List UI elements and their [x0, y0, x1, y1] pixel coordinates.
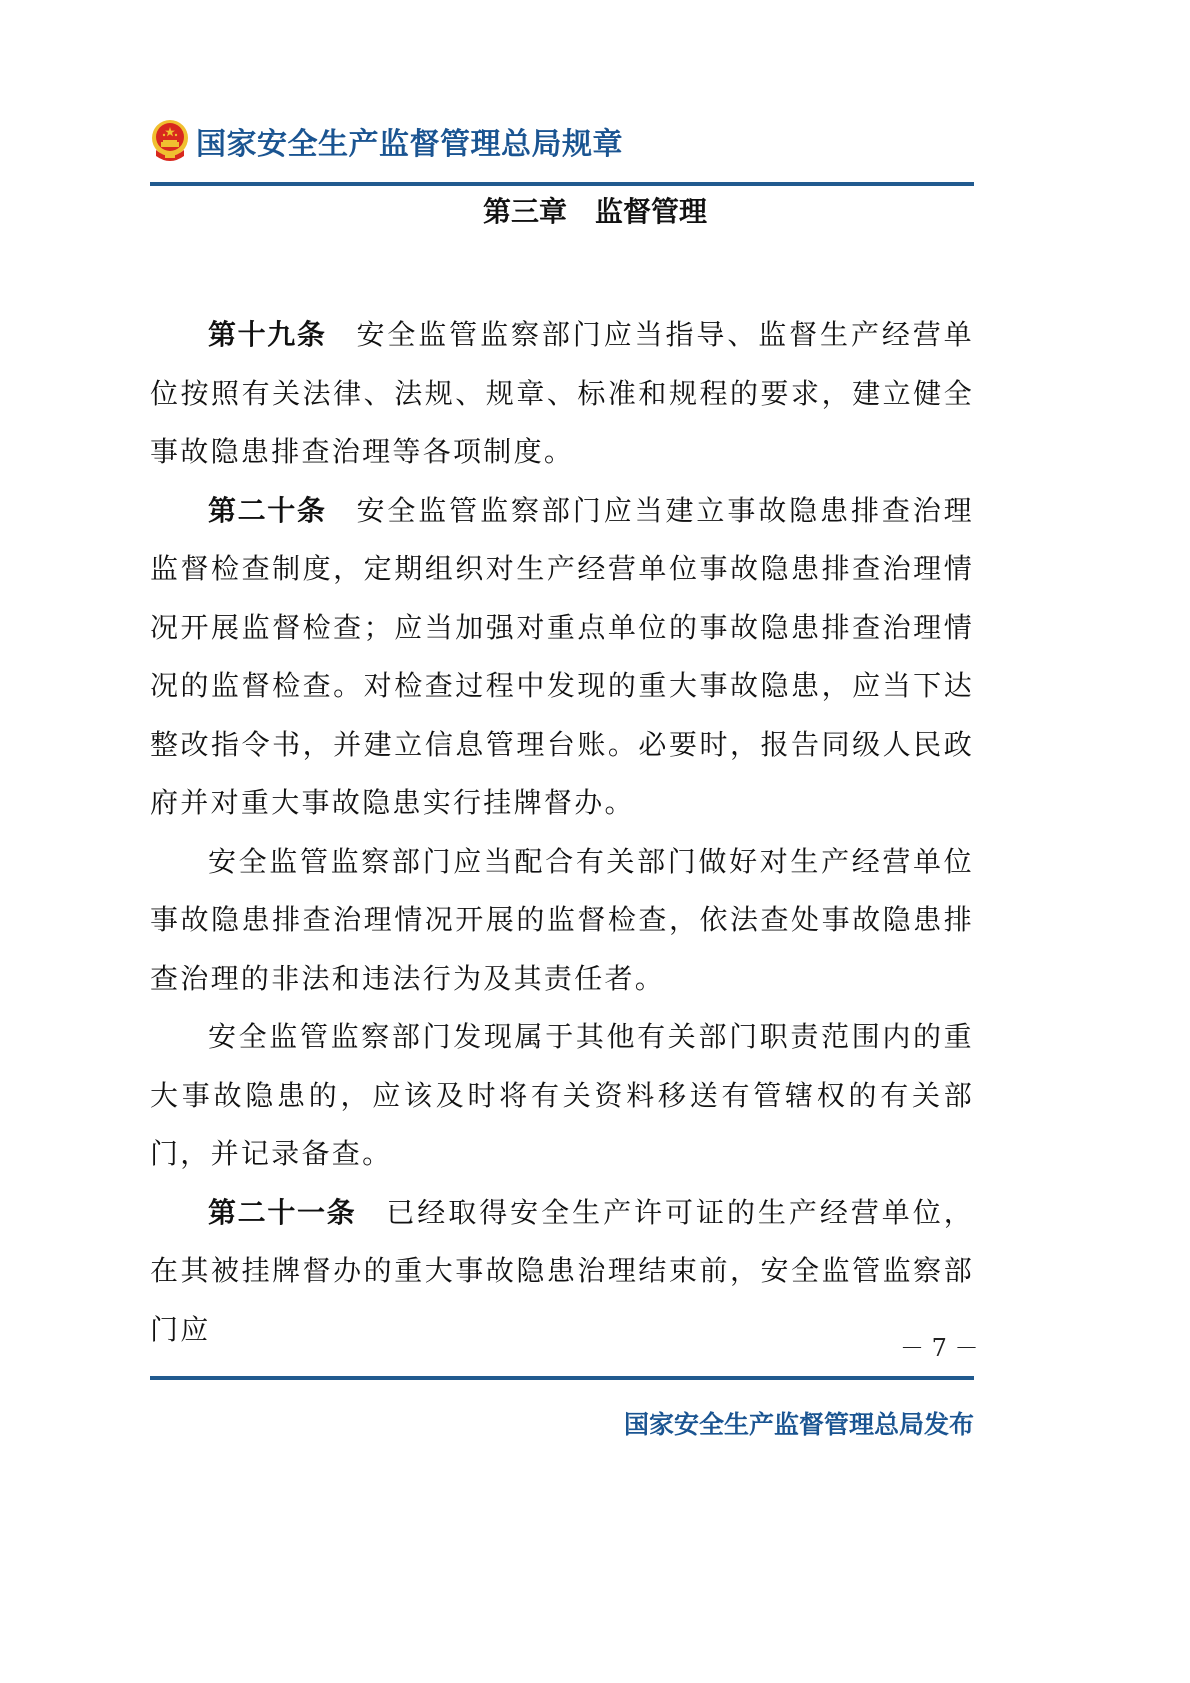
page-header: 国家安全生产监督管理总局规章 — [150, 118, 623, 164]
article-20-paragraph-3: 安全监管监察部门发现属于其他有关部门职责范围内的重大事故隐患的，应该及时将有关资… — [150, 1008, 974, 1184]
article-text: 安全监管监察部门发现属于其他有关部门职责范围内的重大事故隐患的，应该及时将有关资… — [150, 1020, 974, 1170]
footer-divider — [150, 1376, 974, 1380]
footer-publisher: 国家安全生产监督管理总局发布 — [624, 1405, 974, 1441]
article-20-paragraph-2: 安全监管监察部门应当配合有关部门做好对生产经营单位事故隐患排查治理情况开展的监督… — [150, 833, 974, 1009]
article-number: 第二十一条 — [208, 1196, 356, 1229]
document-body: 第十九条安全监管监察部门应当指导、监督生产经营单位按照有关法律、法规、规章、标准… — [150, 306, 974, 1359]
article-21-paragraph: 第二十一条已经取得安全生产许可证的生产经营单位，在其被挂牌督办的重大事故隐患治理… — [150, 1184, 974, 1360]
chapter-title: 第三章 监督管理 — [0, 190, 1190, 230]
header-divider — [150, 182, 974, 186]
header-title: 国家安全生产监督管理总局规章 — [196, 119, 623, 163]
article-20-paragraph: 第二十条安全监管监察部门应当建立事故隐患排查治理监督检查制度，定期组织对生产经营… — [150, 482, 974, 833]
article-number: 第十九条 — [208, 318, 326, 351]
article-19-paragraph: 第十九条安全监管监察部门应当指导、监督生产经营单位按照有关法律、法规、规章、标准… — [150, 306, 974, 482]
page-number: － 7 － — [900, 1328, 974, 1363]
article-text: 安全监管监察部门应当建立事故隐患排查治理监督检查制度，定期组织对生产经营单位事故… — [150, 494, 974, 820]
national-emblem-icon — [150, 118, 190, 164]
article-text: 安全监管监察部门应当配合有关部门做好对生产经营单位事故隐患排查治理情况开展的监督… — [150, 845, 974, 995]
article-number: 第二十条 — [208, 494, 326, 527]
